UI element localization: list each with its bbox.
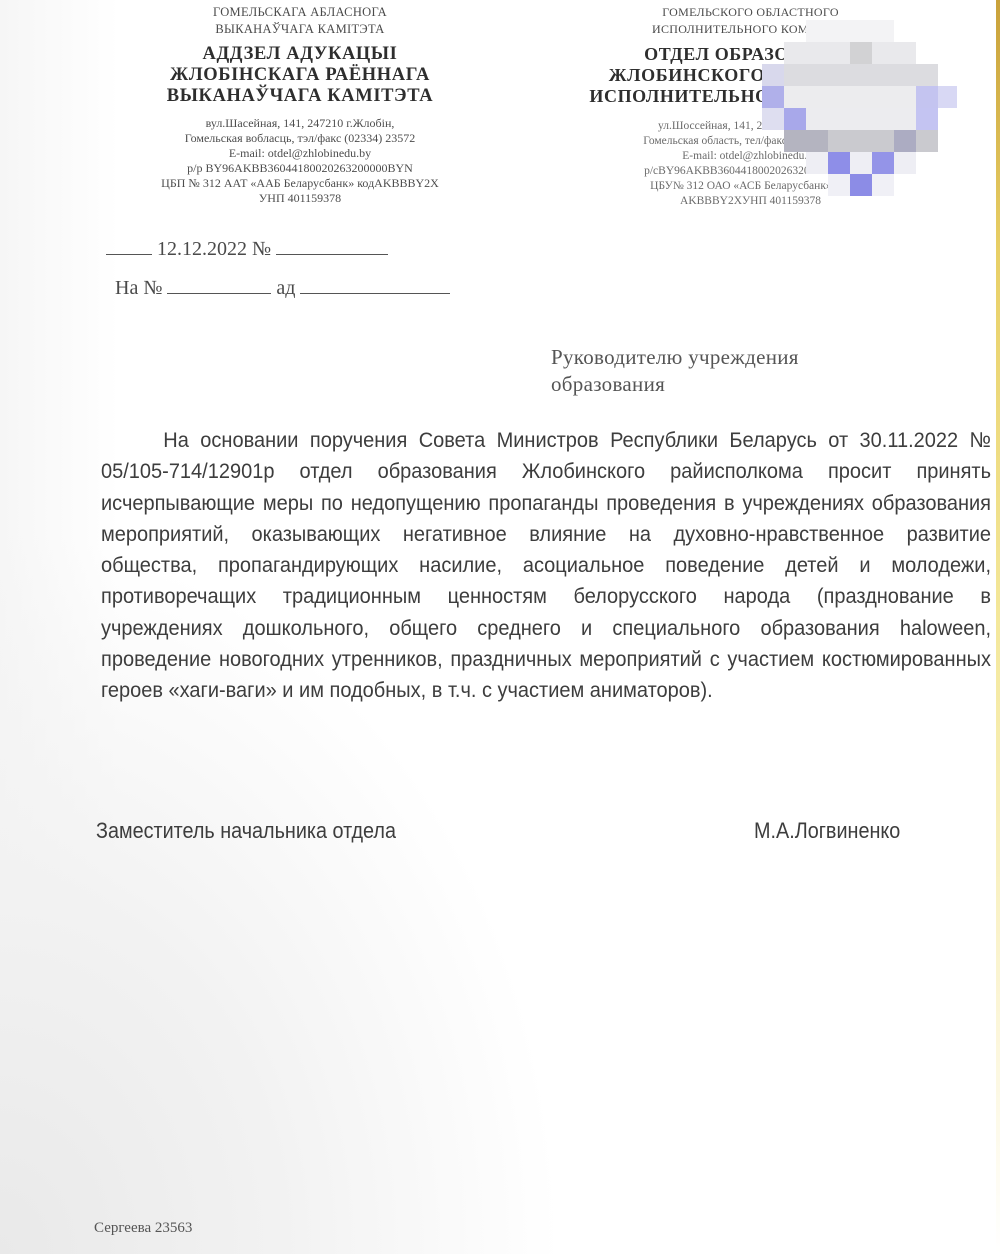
- signatory-name: М.А.Логвиненко: [754, 818, 900, 844]
- org-name-line: ЖЛОБІНСКАГА РАЁННАГА: [100, 65, 500, 86]
- email-line: E-mail: otdel@zhlobinedu.by: [100, 146, 500, 161]
- pixelation-icon: [762, 20, 957, 215]
- bank-name-line: ЦБП № 312 ААТ «ААБ Беларусбанк» кодAKBBB…: [100, 176, 500, 191]
- tax-id-line: УНП 401159378: [100, 191, 500, 206]
- parent-org-line: ВЫКАНАЎЧАГА КАМІТЭТА: [100, 21, 500, 38]
- signatory-title: Заместитель начальника отдела: [96, 818, 396, 844]
- number-blank: [276, 254, 388, 255]
- parent-org-line: ГОМЕЛЬСКОГО ОБЛАСТНОГО: [578, 4, 923, 21]
- from-label: ад: [276, 277, 295, 299]
- letterhead-belarusian: ГОМЕЛЬСКАГА АБЛАСНОГА ВЫКАНАЎЧАГА КАМІТЭ…: [100, 0, 500, 206]
- parent-organization: ГОМЕЛЬСКАГА АБЛАСНОГА ВЫКАНАЎЧАГА КАМІТЭ…: [100, 0, 500, 38]
- region-phone-line: Гомельская вобласць, тэл/факс (02334) 23…: [100, 131, 500, 146]
- outgoing-reference: 12.12.2022 №: [106, 238, 388, 261]
- letter-body: На основании поручения Совета Министров …: [101, 425, 991, 707]
- bank-account-line: р/р BY96AKBB36044180020263200000BYN: [100, 161, 500, 176]
- executor-note: Сергеева 23563: [94, 1220, 192, 1237]
- paper-edge: [996, 0, 1000, 1254]
- reply-date-blank: [300, 293, 450, 294]
- letter-date: 12.12.2022: [157, 238, 247, 260]
- addressee: Руководителю учреждения образования: [551, 344, 799, 398]
- contact-details: вул.Шасейная, 141, 247210 г.Жлобін, Гоме…: [100, 116, 500, 206]
- blank-line: [106, 254, 152, 255]
- address-line: вул.Шасейная, 141, 247210 г.Жлобін,: [100, 116, 500, 131]
- reply-number-blank: [167, 293, 271, 294]
- org-name-line: ВЫКАНАЎЧАГА КАМІТЭТА: [100, 86, 500, 107]
- addressee-line: Руководителю учреждения: [551, 344, 799, 371]
- organization-name: АДДЗЕЛ АДУКАЦЫІ ЖЛОБІНСКАГА РАЁННАГА ВЫК…: [100, 44, 500, 107]
- addressee-line: образования: [551, 371, 799, 398]
- reply-to-label: На №: [115, 277, 162, 299]
- parent-org-line: ГОМЕЛЬСКАГА АБЛАСНОГА: [100, 4, 500, 21]
- incoming-reference: На № ад: [115, 277, 450, 300]
- document-page: ГОМЕЛЬСКАГА АБЛАСНОГА ВЫКАНАЎЧАГА КАМІТЭ…: [0, 0, 1000, 1254]
- redacted-emblem: [762, 20, 957, 215]
- org-name-line: АДДЗЕЛ АДУКАЦЫІ: [100, 44, 500, 65]
- number-label: №: [252, 238, 271, 260]
